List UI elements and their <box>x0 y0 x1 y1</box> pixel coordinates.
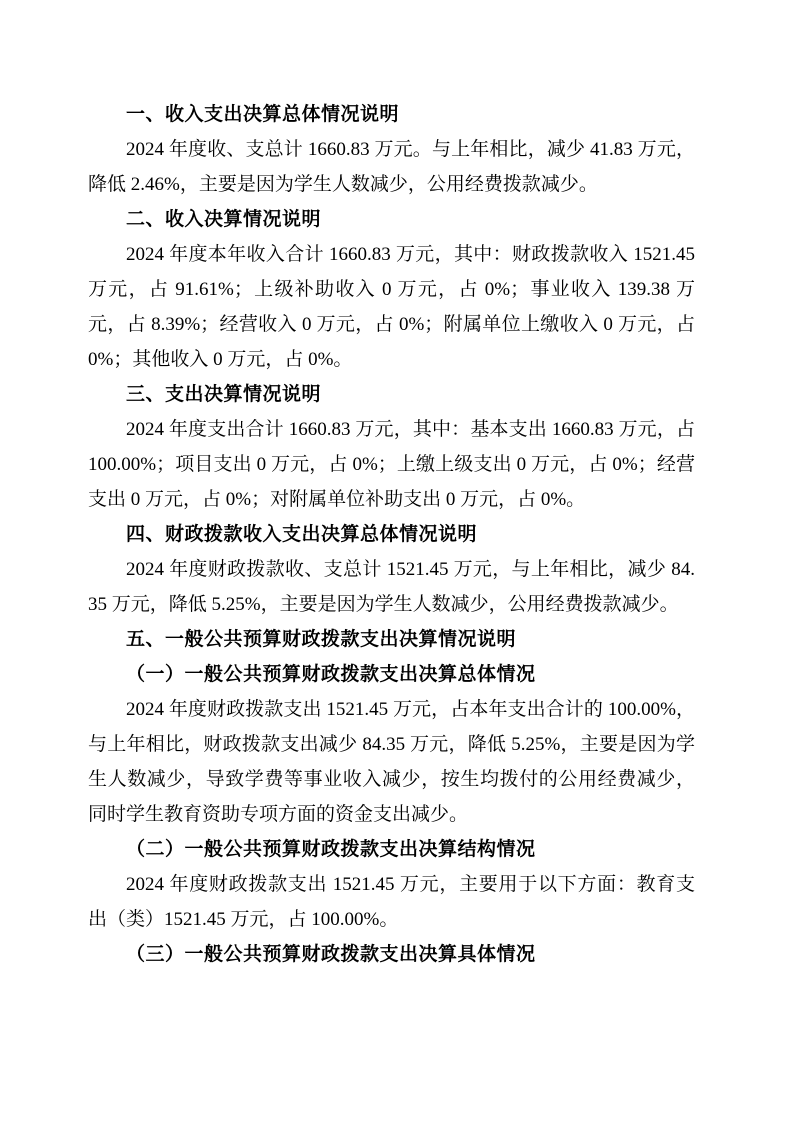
heading-fiscal-appropriation-overall: 四、财政拨款收入支出决算总体情况说明 <box>88 517 695 552</box>
subheading-general-budget-structure-situation: （二）一般公共预算财政拨款支出决算结构情况 <box>88 832 695 867</box>
heading-expenditure-final-accounts: 三、支出决算情况说明 <box>88 377 695 412</box>
paragraph-revenue-final-accounts: 2024 年度本年收入合计 1660.83 万元，其中：财政拨款收入 1521.… <box>88 237 695 377</box>
subheading-general-budget-specific-situation: （三）一般公共预算财政拨款支出决算具体情况 <box>88 937 695 972</box>
paragraph-general-budget-overall-situation: 2024 年度财政拨款支出 1521.45 万元，占本年支出合计的 100.00… <box>88 692 695 832</box>
subheading-general-budget-overall-situation: （一）一般公共预算财政拨款支出决算总体情况 <box>88 657 695 692</box>
paragraph-expenditure-final-accounts: 2024 年度支出合计 1660.83 万元，其中：基本支出 1660.83 万… <box>88 412 695 517</box>
heading-income-expenditure-overall: 一、收入支出决算总体情况说明 <box>88 97 695 132</box>
document-page: 一、收入支出决算总体情况说明 2024 年度收、支总计 1660.83 万元。与… <box>0 0 793 1122</box>
paragraph-income-expenditure-overall: 2024 年度收、支总计 1660.83 万元。与上年相比，减少 41.83 万… <box>88 132 695 202</box>
heading-general-public-budget-expenditure: 五、一般公共预算财政拨款支出决算情况说明 <box>88 622 695 657</box>
heading-revenue-final-accounts: 二、收入决算情况说明 <box>88 202 695 237</box>
paragraph-fiscal-appropriation-overall: 2024 年度财政拨款收、支总计 1521.45 万元，与上年相比，减少 84.… <box>88 552 695 622</box>
paragraph-general-budget-structure-situation: 2024 年度财政拨款支出 1521.45 万元，主要用于以下方面：教育支出（类… <box>88 867 695 937</box>
